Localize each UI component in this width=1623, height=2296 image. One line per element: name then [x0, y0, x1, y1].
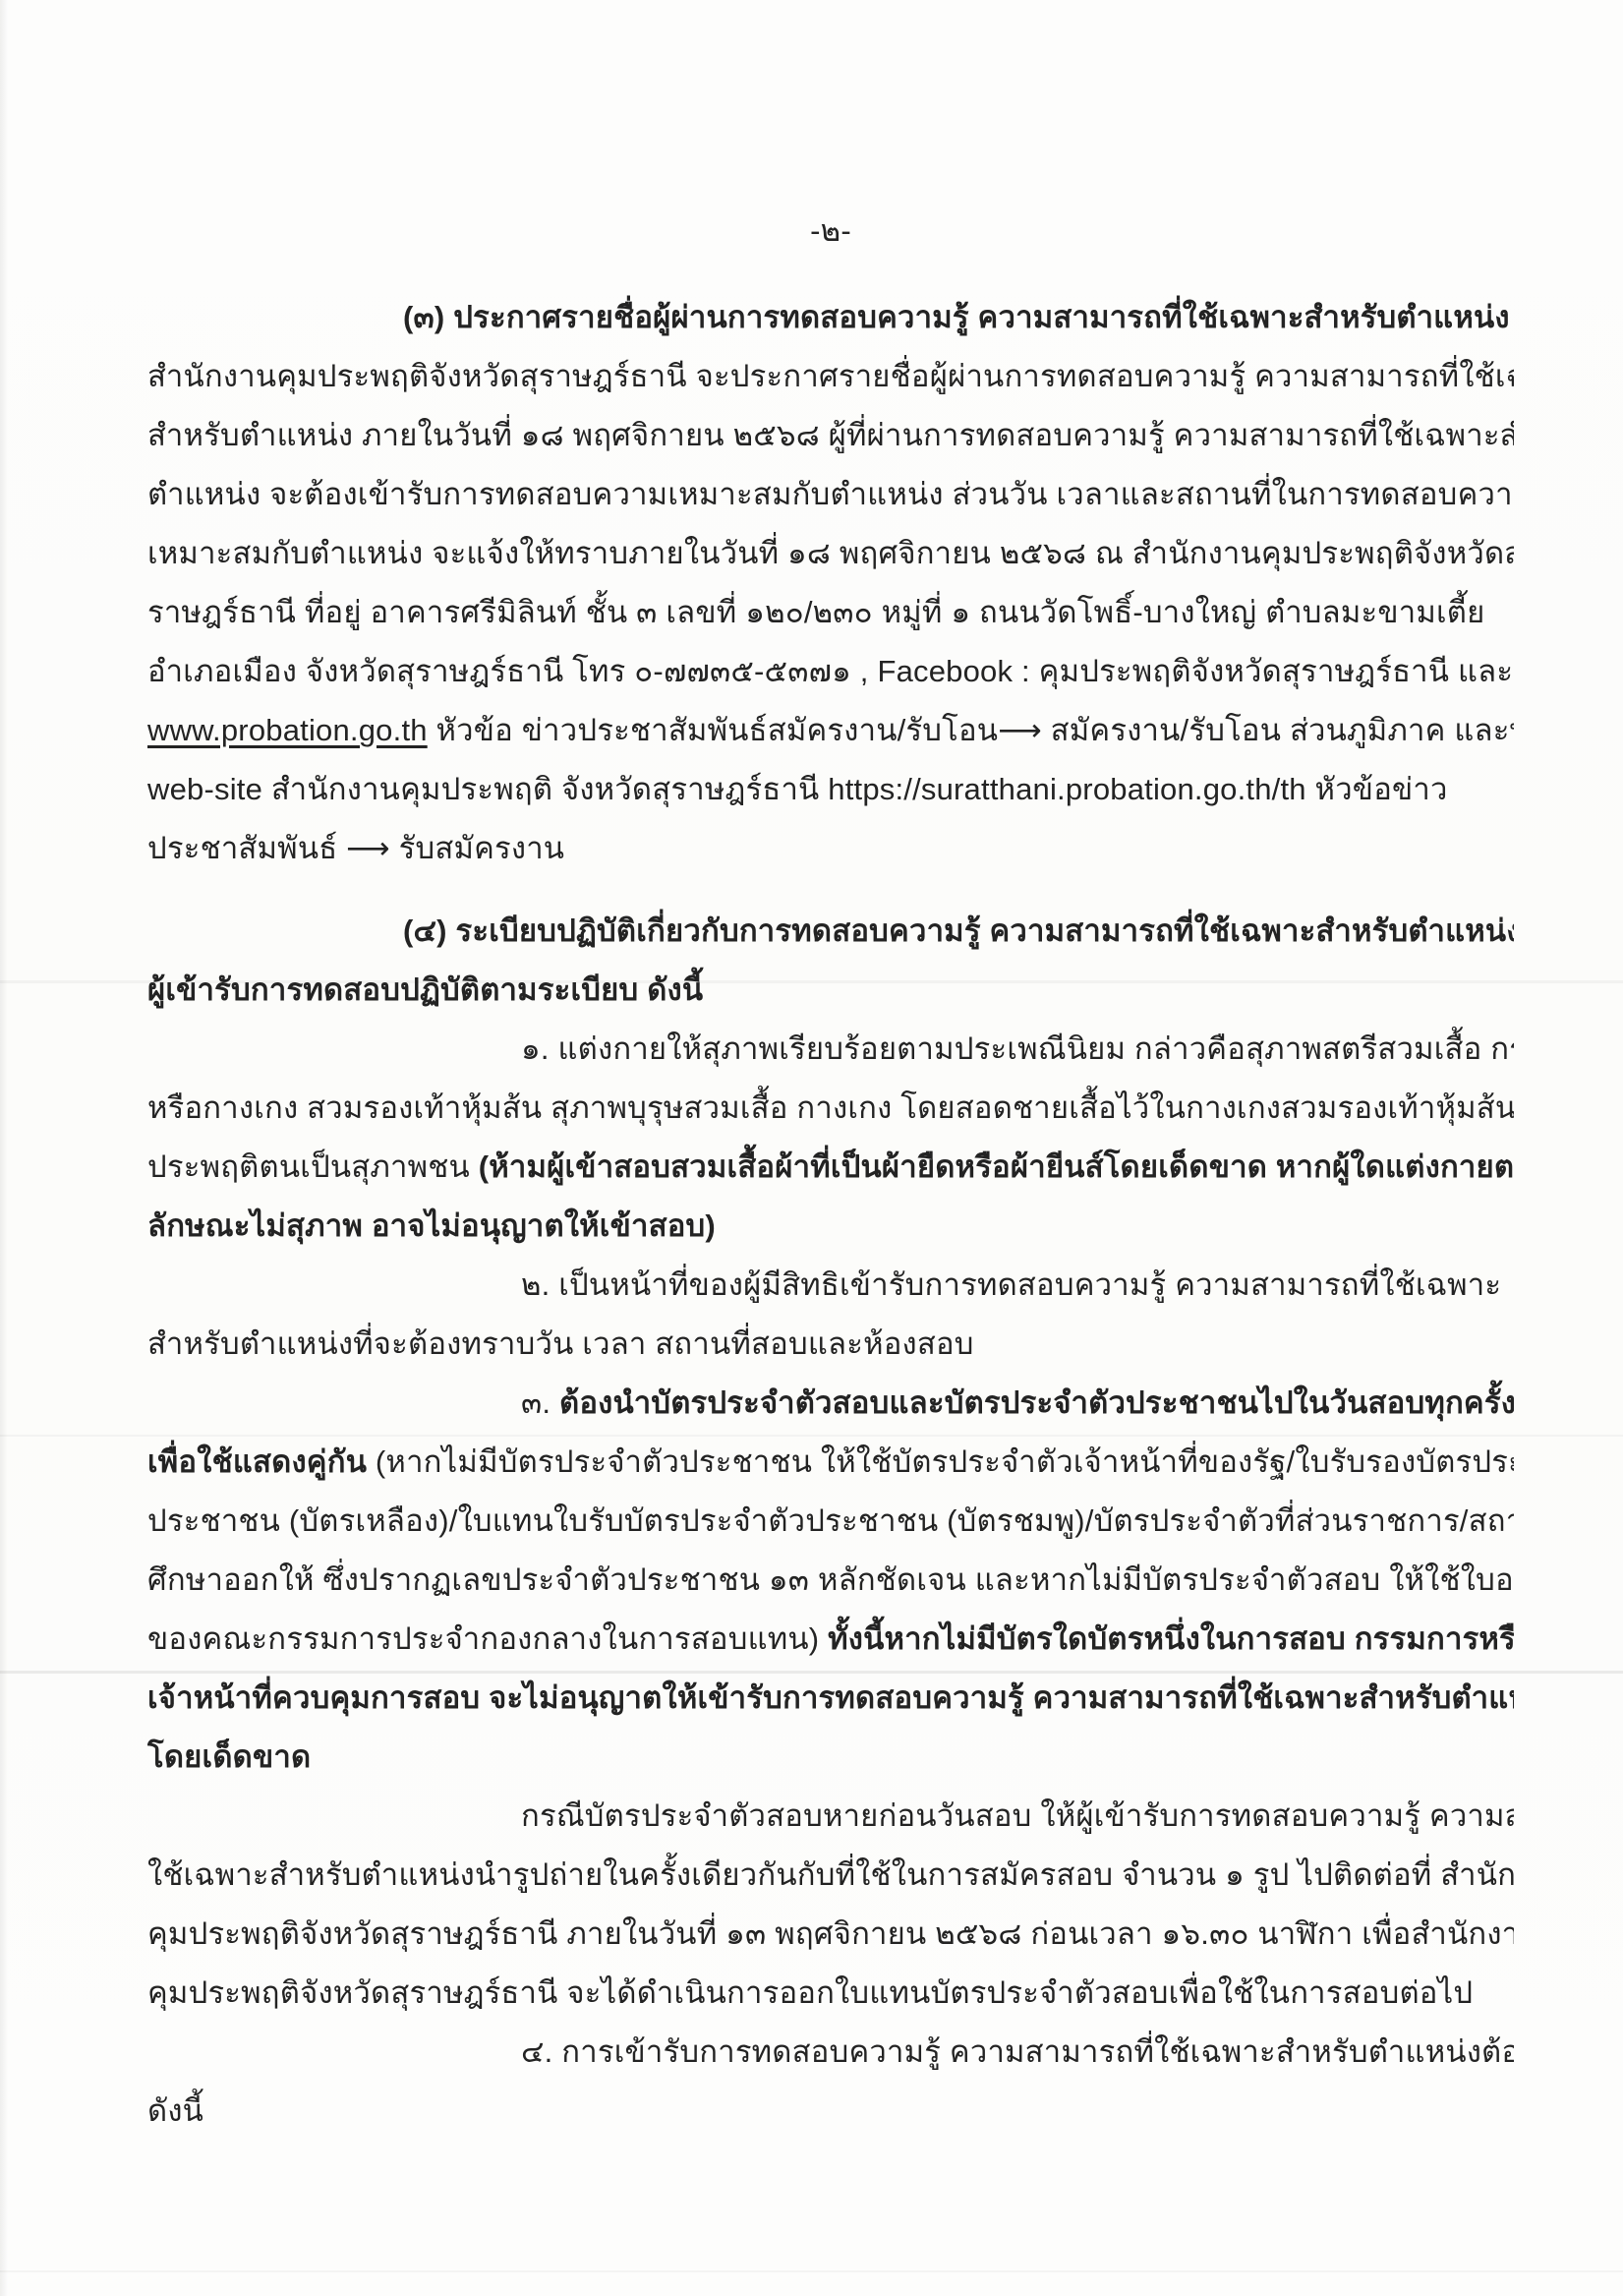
text-line: ดังนี้ [147, 2082, 1514, 2141]
text-segment: ราษฎร์ธานี ที่อยู่ อาคารศรีมิลินท์ ชั้น … [147, 595, 1485, 629]
text-segment: ศึกษาออกให้ ซึ่งปรากฏเลขประจำตัวประชาชน … [147, 1562, 1514, 1597]
text-segment: ทั้งนี้หากไม่มีบัตรใดบัตรหนึ่งในการสอบ ก… [828, 1621, 1514, 1656]
scan-edge-shadow [0, 0, 8, 2296]
text-segment: : คุมประพฤติจังหวัดสุราษฎร์ธานี และทาง [1013, 654, 1514, 688]
text-line: ๓. ต้องนำบัตรประจำตัวสอบและบัตรประจำตัวป… [147, 1374, 1514, 1433]
text-line: ราษฎร์ธานี ที่อยู่ อาคารศรีมิลินท์ ชั้น … [147, 583, 1514, 642]
text-line: ศึกษาออกให้ ซึ่งปรากฏเลขประจำตัวประชาชน … [147, 1551, 1514, 1610]
text-segment: (หากไม่มีบัตรประจำตัวประชาชน ให้ใช้บัตรป… [376, 1444, 1514, 1479]
text-line: ตำแหน่ง จะต้องเข้ารับการทดสอบความเหมาะสม… [147, 465, 1514, 524]
text-line: เหมาะสมกับตำแหน่ง จะแจ้งให้ทราบภายในวันท… [147, 524, 1514, 583]
text-segment: ประพฤติตนเป็นสุภาพชน [147, 1149, 479, 1184]
text-segment: ตำแหน่ง จะต้องเข้ารับการทดสอบความเหมาะสม… [147, 477, 1514, 511]
text-segment: ใช้เฉพาะสำหรับตำแหน่งนำรูปถ่ายในครั้งเดี… [147, 1857, 1514, 1892]
text-segment: กรณีบัตรประจำตัวสอบหายก่อนวันสอบ ให้ผู้เ… [521, 1798, 1514, 1833]
text-segment: ผู้เข้ารับการทดสอบปฏิบัติตามระเบียบ ดังน… [147, 972, 703, 1007]
text-segment: เหมาะสมกับตำแหน่ง จะแจ้งให้ทราบภายในวันท… [147, 536, 1514, 570]
text-segment: เจ้าหน้าที่ควบคุมการสอบ จะไม่อนุญาตให้เข… [147, 1680, 1514, 1715]
scanned-page: -๒- (๓) ประกาศรายชื่อผู้ผ่านการทดสอบความ… [0, 0, 1623, 2296]
text-line: www.probation.go.th หัวข้อ ข่าวประชาสัมพ… [147, 701, 1514, 760]
text-segment: Facebook [877, 654, 1013, 688]
text-line: (๔) ระเบียบปฏิบัติเกี่ยวกับการทดสอบความร… [147, 902, 1514, 961]
text-line: หรือกางเกง สวมรองเท้าหุ้มส้น สุภาพบุรุษส… [147, 1079, 1514, 1138]
text-line: สำหรับตำแหน่ง ภายในวันที่ ๑๘ พฤศจิกายน ๒… [147, 406, 1514, 465]
text-line: เพื่อใช้แสดงคู่กัน (หากไม่มีบัตรประจำตัว… [147, 1433, 1514, 1492]
text-line: โดยเด็ดขาด [147, 1728, 1514, 1787]
text-segment: ลักษณะไม่สุภาพ อาจไม่อนุญาตให้เข้าสอบ) [147, 1208, 716, 1243]
document-content: -๒- (๓) ประกาศรายชื่อผู้ผ่านการทดสอบความ… [147, 202, 1514, 2141]
text-line: คุมประพฤติจังหวัดสุราษฎร์ธานี ภายในวันที… [147, 1905, 1514, 1964]
text-line: กรณีบัตรประจำตัวสอบหายก่อนวันสอบ ให้ผู้เ… [147, 1787, 1514, 1846]
text-line: อำเภอเมือง จังหวัดสุราษฎร์ธานี โทร ๐-๗๗๓… [147, 642, 1514, 701]
text-line: (๓) ประกาศรายชื่อผู้ผ่านการทดสอบความรู้ … [147, 288, 1514, 347]
text-segment: สำหรับตำแหน่งที่จะต้องทราบวัน เวลา สถานท… [147, 1326, 974, 1361]
url-text: www.probation.go.th [147, 713, 428, 747]
text-line: เจ้าหน้าที่ควบคุมการสอบ จะไม่อนุญาตให้เข… [147, 1669, 1514, 1728]
text-segment: ๒. เป็นหน้าที่ของผู้มีสิทธิเข้ารับการทดส… [521, 1267, 1501, 1302]
text-segment: (ห้ามผู้เข้าสอบสวมเสื้อผ้าที่เป็นผ้ายืดห… [479, 1149, 1514, 1184]
text-segment: โดยเด็ดขาด [147, 1739, 311, 1774]
text-segment: ดังนี้ [147, 2093, 203, 2128]
text-line: ประพฤติตนเป็นสุภาพชน (ห้ามผู้เข้าสอบสวมเ… [147, 1138, 1514, 1197]
text-segment: ๓. [521, 1385, 559, 1420]
text-line: ลักษณะไม่สุภาพ อาจไม่อนุญาตให้เข้าสอบ) [147, 1197, 1514, 1256]
text-segment: หัวข้อ ข่าวประชาสัมพันธ์สมัครงาน/รับโอน⟶… [428, 713, 1514, 747]
text-line: ๑. แต่งกายให้สุภาพเรียบร้อยตามประเพณีนิย… [147, 1020, 1514, 1079]
scan-streak [0, 2270, 1623, 2272]
text-segment: อำเภอเมือง จังหวัดสุราษฎร์ธานี โทร ๐-๗๗๓… [147, 654, 877, 688]
text-segment: หรือกางเกง สวมรองเท้าหุ้มส้น สุภาพบุรุษส… [147, 1090, 1514, 1125]
text-line: ประชาชน (บัตรเหลือง)/ใบแทนใบรับบัตรประจำ… [147, 1492, 1514, 1551]
text-segment: (๔) ระเบียบปฏิบัติเกี่ยวกับการทดสอบความร… [403, 913, 1514, 948]
text-segment: คุมประพฤติจังหวัดสุราษฎร์ธานี ภายในวันที… [147, 1916, 1514, 1951]
page-number: -๒- [147, 202, 1514, 261]
text-segment: สำหรับตำแหน่ง ภายในวันที่ ๑๘ พฤศจิกายน ๒… [147, 418, 1514, 452]
text-segment: ๑. แต่งกายให้สุภาพเรียบร้อยตามประเพณีนิย… [521, 1031, 1514, 1066]
text-segment: เพื่อใช้แสดงคู่กัน [147, 1444, 376, 1479]
text-segment: ประชาสัมพันธ์ ⟶ รับสมัครงาน [147, 831, 564, 865]
text-line: web-site สำนักงานคุมประพฤติ จังหวัดสุราษ… [147, 760, 1514, 819]
text-segment: คุมประพฤติจังหวัดสุราษฎร์ธานี จะได้ดำเนิ… [147, 1975, 1473, 2010]
document-body: (๓) ประกาศรายชื่อผู้ผ่านการทดสอบความรู้ … [147, 288, 1514, 2141]
text-line: ๔. การเข้ารับการทดสอบความรู้ ความสามารถท… [147, 2023, 1514, 2082]
text-line: ใช้เฉพาะสำหรับตำแหน่งนำรูปถ่ายในครั้งเดี… [147, 1846, 1514, 1905]
text-segment: ของคณะกรรมการประจำกองกลางในการสอบแทน) [147, 1621, 828, 1656]
text-segment: ต้องนำบัตรประจำตัวสอบและบัตรประจำตัวประช… [559, 1385, 1514, 1420]
text-line: ประชาสัมพันธ์ ⟶ รับสมัครงาน [147, 819, 1514, 878]
text-line: สำหรับตำแหน่งที่จะต้องทราบวัน เวลา สถานท… [147, 1315, 1514, 1374]
text-segment: สำนักงานคุมประพฤติจังหวัดสุราษฎร์ธานี จะ… [147, 359, 1514, 393]
text-line: สำนักงานคุมประพฤติจังหวัดสุราษฎร์ธานี จะ… [147, 347, 1514, 406]
text-segment: ๔. การเข้ารับการทดสอบความรู้ ความสามารถท… [521, 2034, 1514, 2069]
text-segment: web-site สำนักงานคุมประพฤติ จังหวัดสุราษ… [147, 772, 1448, 806]
text-segment: ประชาชน (บัตรเหลือง)/ใบแทนใบรับบัตรประจำ… [147, 1503, 1514, 1538]
text-segment: (๓) ประกาศรายชื่อผู้ผ่านการทดสอบความรู้ … [403, 300, 1510, 334]
text-line: ๒. เป็นหน้าที่ของผู้มีสิทธิเข้ารับการทดส… [147, 1256, 1514, 1315]
text-line: คุมประพฤติจังหวัดสุราษฎร์ธานี จะได้ดำเนิ… [147, 1964, 1514, 2023]
text-line: ผู้เข้ารับการทดสอบปฏิบัติตามระเบียบ ดังน… [147, 961, 1514, 1020]
text-line: ของคณะกรรมการประจำกองกลางในการสอบแทน) ทั… [147, 1610, 1514, 1669]
